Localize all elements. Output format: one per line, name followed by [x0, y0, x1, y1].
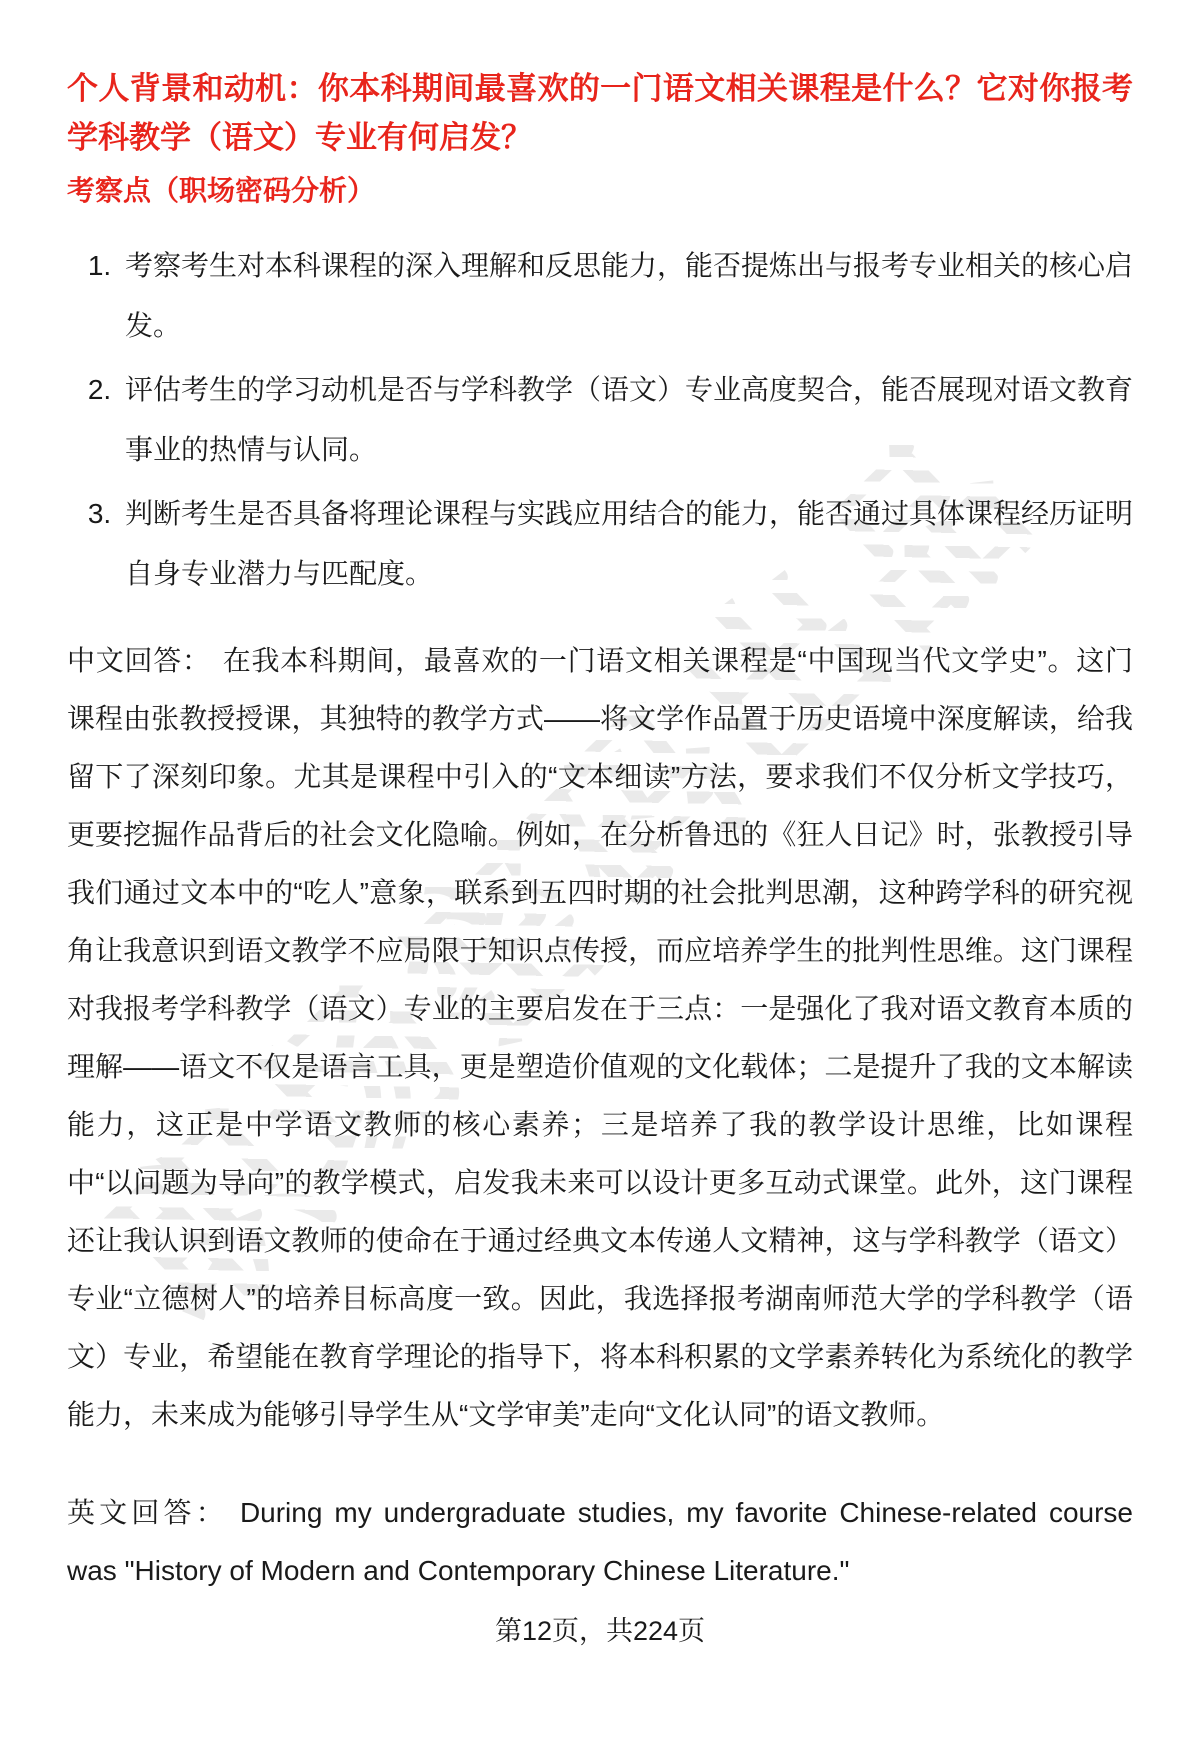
assessment-point-3: 判断考生是否具备将理论课程与实践应用结合的能力，能否通过具体课程经历证明自身专业… — [119, 484, 1133, 604]
page-footer: 第12页，共224页 — [67, 1614, 1133, 1648]
section-heading: 考察点（职场密码分析） — [67, 176, 1133, 206]
chinese-answer-label: 中文回答： — [67, 645, 211, 676]
assessment-point-2: 评估考生的学习动机是否与学科教学（语文）专业高度契合，能否展现对语文教育事业的热… — [119, 360, 1133, 480]
assessment-points-list: 考察考生对本科课程的深入理解和反思能力，能否提炼出与报考专业相关的核心启发。 评… — [67, 236, 1133, 604]
english-answer-label: 英文回答： — [67, 1497, 228, 1528]
english-answer-paragraph: 英文回答：During my undergraduate studies, my… — [67, 1484, 1133, 1600]
question-heading: 个人背景和动机：你本科期间最喜欢的一门语文相关课程是什么？它对你报考学科教学（语… — [67, 64, 1133, 162]
chinese-answer-paragraph: 中文回答：在我本科期间，最喜欢的一门语文相关课程是“中国现当代文学史”。这门课程… — [67, 632, 1133, 1444]
chinese-answer-text: 在我本科期间，最喜欢的一门语文相关课程是“中国现当代文学史”。这门课程由张教授授… — [67, 645, 1133, 1430]
assessment-point-1: 考察考生对本科课程的深入理解和反思能力，能否提炼出与报考专业相关的核心启发。 — [119, 236, 1133, 356]
page-content: 个人背景和动机：你本科期间最喜欢的一门语文相关课程是什么？它对你报考学科教学（语… — [0, 0, 1200, 1648]
